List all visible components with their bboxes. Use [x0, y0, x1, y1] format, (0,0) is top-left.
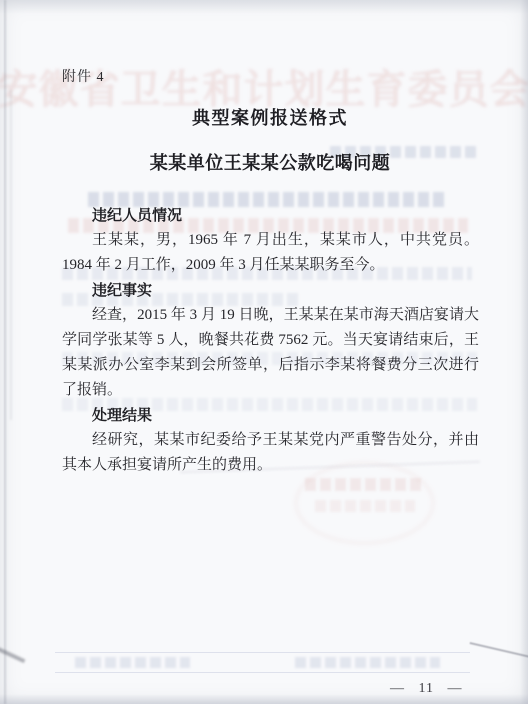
document-body: 违纪人员情况 王某某，男，1965 年 7 月出生，某某市人，中共党员。1984… [62, 203, 479, 478]
bleedthrough-artifact [295, 657, 440, 668]
attachment-label: 附件 4 [62, 66, 105, 86]
section-paragraph: 经研究，某某市纪委给予王某某党内严重警告处分，并由其本人承担宴请所产生的费用。 [62, 428, 479, 478]
document-title: 典型案例报送格式 [12, 104, 528, 130]
section-heading: 违纪事实 [62, 278, 479, 303]
scanned-page: 安徽省卫生和计划生育委员会 附件 4 典型案例报送格式 某某单位王某某公款吃喝问… [0, 0, 528, 704]
section-paragraph: 王某某，男，1965 年 7 月出生，某某市人，中共党员。1984 年 2 月工… [62, 228, 479, 278]
paper-crease [10, 90, 12, 420]
section-heading: 处理结果 [62, 403, 479, 428]
section-heading: 违纪人员情况 [62, 203, 479, 228]
bleedthrough-rule [55, 672, 470, 673]
paper-crease [4, 0, 7, 704]
section-paragraph: 经查，2015 年 3 月 19 日晚，王某某在某市海天酒店宴请大学同学张某等 … [62, 303, 479, 403]
page-number: — 11 — [390, 681, 462, 697]
bleedthrough-artifact [305, 478, 425, 491]
scan-edge-shading [0, 0, 528, 14]
bleedthrough-artifact [75, 657, 190, 668]
bleedthrough-artifact [315, 500, 415, 512]
bleedthrough-rule [55, 652, 470, 653]
document-subtitle: 某某单位王某某公款吃喝问题 [12, 149, 528, 175]
